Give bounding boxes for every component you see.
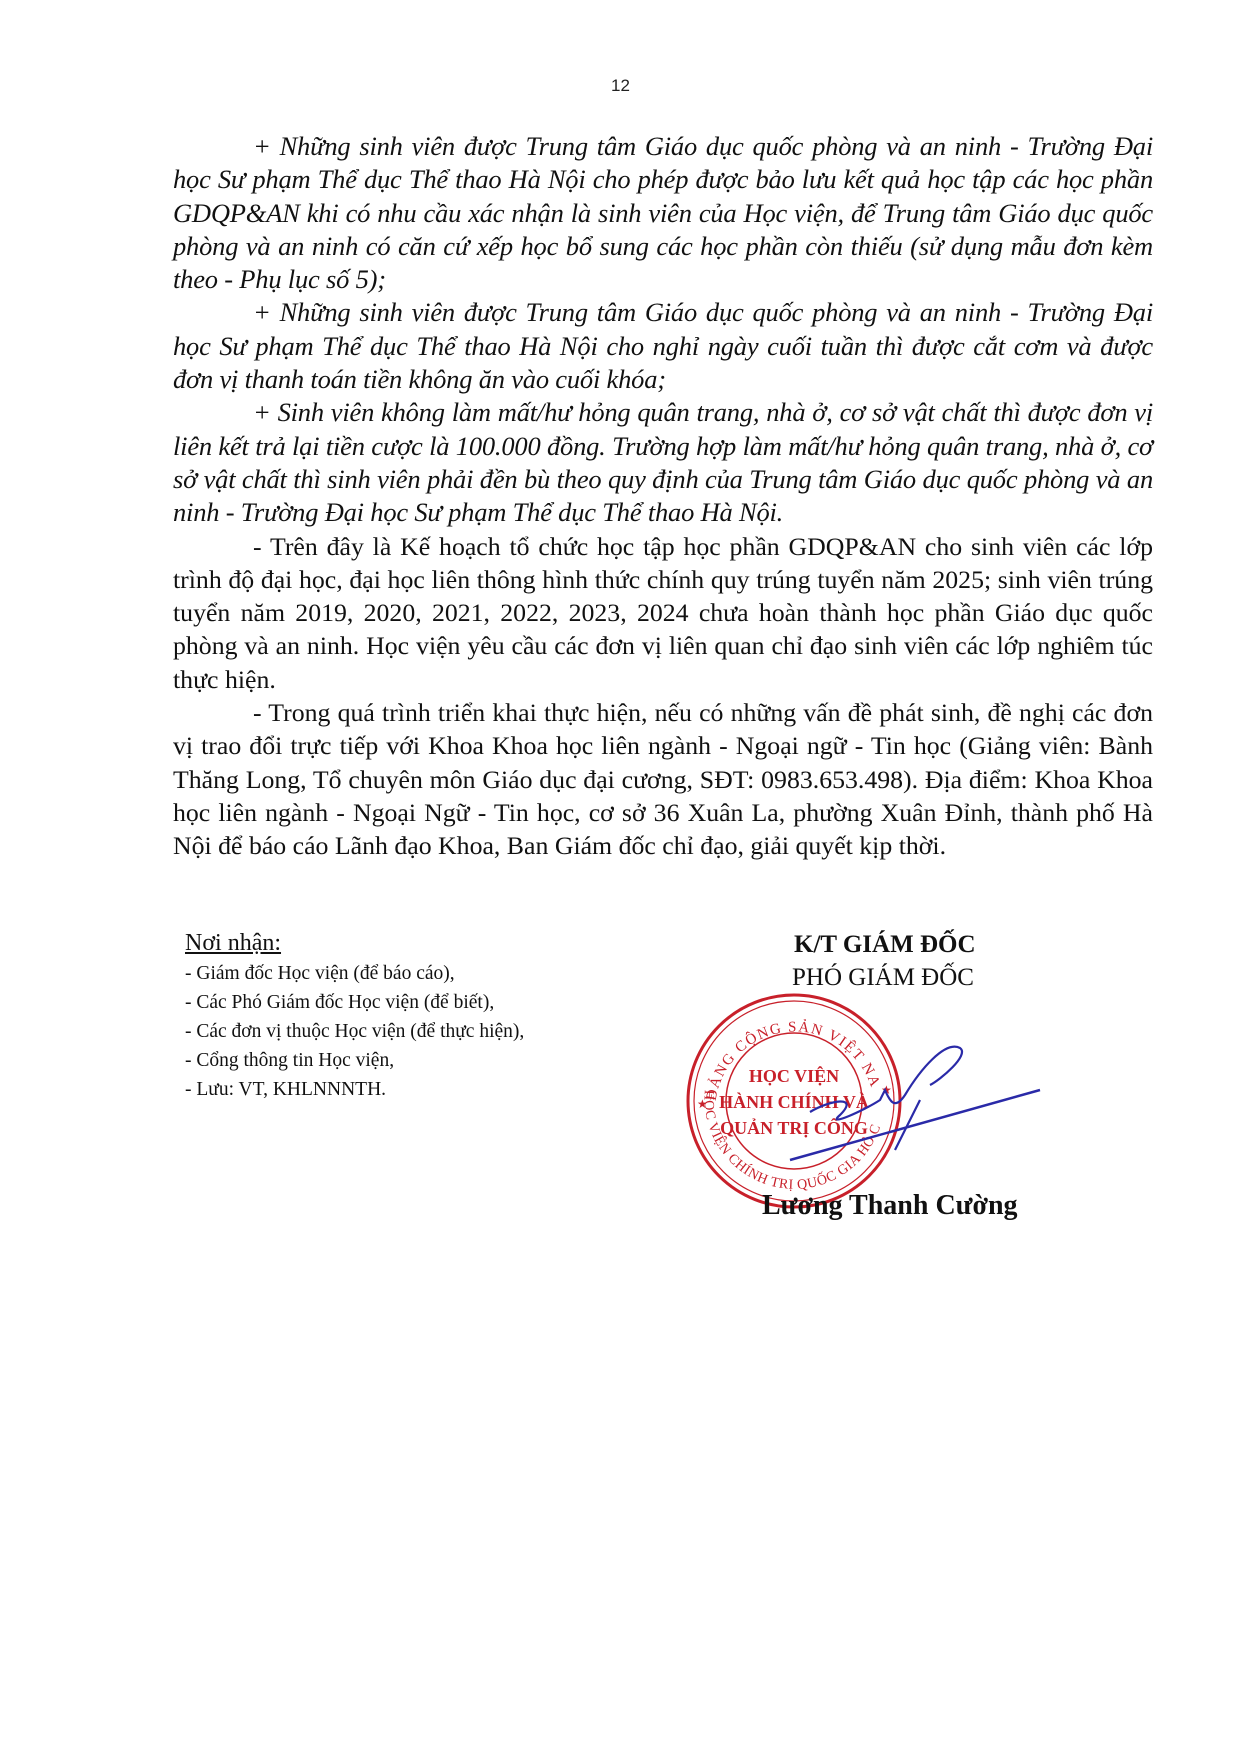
recipient-item: - Các đơn vị thuộc Học viện (để thực hiệ… [185,1017,665,1046]
paragraph-reserve-results: + Những sinh viên được Trung tâm Giáo dụ… [173,130,1153,296]
paragraph-contact-info: - Trong quá trình triển khai thực hiện, … [173,696,1153,862]
recipients-list: - Giám đốc Học viện (để báo cáo), - Các … [185,959,665,1104]
recipient-item: - Cổng thông tin Học viện, [185,1046,665,1075]
recipient-item: - Lưu: VT, KHLNNNTH. [185,1075,665,1104]
signer-name: Lương Thanh Cường [762,1190,1018,1222]
paragraph-deposit-refund: + Sinh viên không làm mất/hư hỏng quân t… [173,396,1153,529]
signature-block: K/T GIÁM ĐỐC PHÓ GIÁM ĐỐC [760,928,1080,994]
recipient-item: - Giám đốc Học viện (để báo cáo), [185,959,665,988]
recipient-item: - Các Phó Giám đốc Học viện (để biết), [185,988,665,1017]
recipients-title: Nơi nhận: [185,930,665,957]
signature-title: K/T GIÁM ĐỐC [760,928,1080,961]
page-number: 12 [0,76,1241,96]
recipients-block: Nơi nhận: - Giám đốc Học viện (để báo cá… [185,930,665,1104]
svg-text:★: ★ [697,1097,708,1111]
document-body: + Những sinh viên được Trung tâm Giáo dụ… [173,130,1153,863]
paragraph-plan-summary: - Trên đây là Kế hoạch tổ chức học tập h… [173,530,1153,696]
handwritten-signature-icon [770,1040,1050,1180]
paragraph-weekend-leave: + Những sinh viên được Trung tâm Giáo dụ… [173,296,1153,396]
